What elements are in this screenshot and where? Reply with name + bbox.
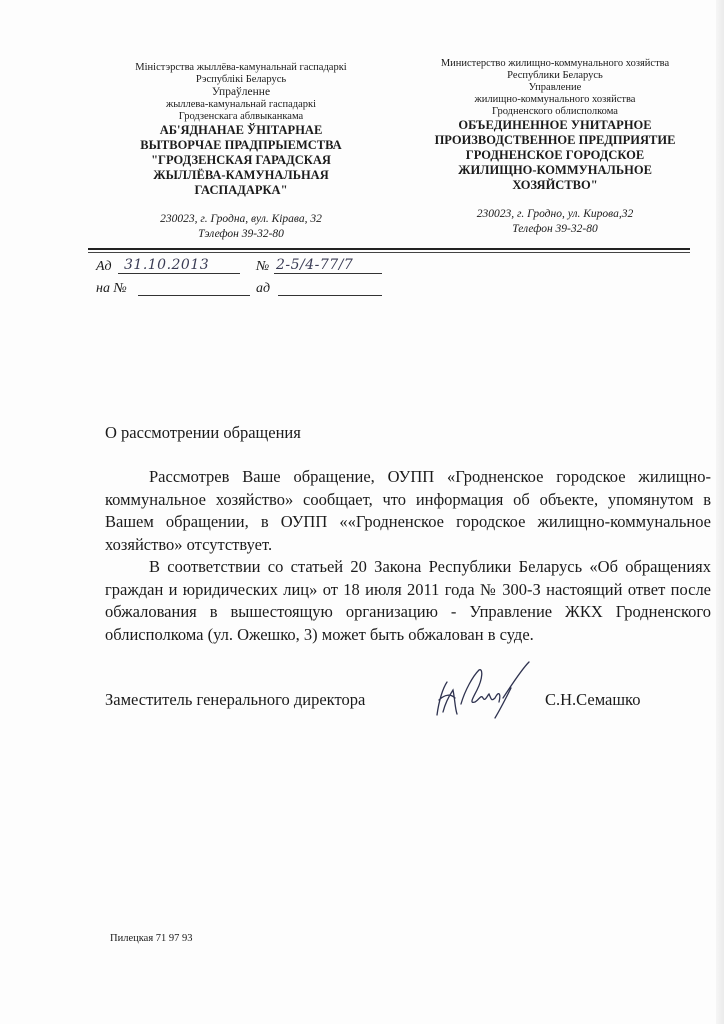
ref-date-field-line xyxy=(278,278,382,296)
letterhead: Міністэрства жыллёва-камунальнай гаспада… xyxy=(0,58,724,248)
letterhead-belarusian: Міністэрства жыллёва-камунальнай гаспада… xyxy=(118,62,364,242)
registration-block: Ад 31.10.2013 № 2-5/4-77/7 на № ад xyxy=(96,256,396,300)
letterhead-divider-thin xyxy=(88,252,690,253)
ministry-line: Министерство жилищно-коммунального хозяй… xyxy=(410,58,700,70)
address-line: 230023, г. Гродно, ул. Кирова,32 xyxy=(410,207,700,222)
department-line: жилищно-коммунального хозяйства xyxy=(410,94,700,106)
number-value: 2-5/4-77/7 xyxy=(276,254,353,276)
ref-date-label: ад xyxy=(256,278,270,300)
department-line: Гродзенскага аблвыканкама xyxy=(118,111,364,123)
org-name-line: ВЫТВОРЧАЕ ПРАДПРЫЕМСТВА xyxy=(118,138,364,153)
phone-line: Телефон 39-32-80 xyxy=(410,222,700,237)
body-paragraph: Рассмотрев Ваше обращение, ОУПП «Гроднен… xyxy=(105,466,711,556)
handwritten-signature-icon xyxy=(425,660,535,720)
org-name-line: ХОЗЯЙСТВО" xyxy=(410,178,700,193)
signatory-name: С.Н.Семашко xyxy=(545,690,641,710)
department-line: Упраўленне xyxy=(118,86,364,99)
org-address: 230023, г. Гродно, ул. Кирова,32 Телефон… xyxy=(410,207,700,237)
phone-line: Тэлефон 39-32-80 xyxy=(118,227,364,242)
executor-contact: Пилецкая 71 97 93 xyxy=(110,933,193,944)
org-name-line: АБ'ЯДНАНАЕ ЎНІТАРНАЕ xyxy=(118,123,364,138)
org-name-line: ЖИЛИЩНО-КОММУНАЛЬНОЕ xyxy=(410,163,700,178)
signatory-title: Заместитель генерального директора xyxy=(105,690,365,710)
ref-label: на № xyxy=(96,278,127,300)
registration-row-reference: на № ад xyxy=(96,278,396,300)
org-address: 230023, г. Гродна, вул. Кірава, 32 Тэлеф… xyxy=(118,212,364,242)
date-value: 31.10.2013 xyxy=(124,254,209,276)
address-line: 230023, г. Гродна, вул. Кірава, 32 xyxy=(118,212,364,227)
registration-row-outgoing: Ад 31.10.2013 № 2-5/4-77/7 xyxy=(96,256,396,278)
ministry-line: Республики Беларусь xyxy=(410,70,700,82)
org-name-line: ГРОДНЕНСКОЕ ГОРОДСКОЕ xyxy=(410,148,700,163)
number-label: № xyxy=(256,256,269,278)
letterhead-divider xyxy=(88,248,690,250)
department-line: жыллева-камунальнай гаспадаркі xyxy=(118,99,364,111)
department-line: Управление xyxy=(410,82,700,94)
date-label: Ад xyxy=(96,256,112,278)
org-name-line: ОБЪЕДИНЕННОЕ УНИТАРНОЕ xyxy=(410,118,700,133)
org-name-line: ПРОИЗВОДСТВЕННОЕ ПРЕДПРИЯТИЕ xyxy=(410,133,700,148)
signature-block: Заместитель генерального директора С.Н.С… xyxy=(105,690,705,730)
ministry-line: Рэспублікі Беларусь xyxy=(118,74,364,86)
department-line: Гродненского облисполкома xyxy=(410,106,700,118)
ministry-line: Міністэрства жыллёва-камунальнай гаспада… xyxy=(118,62,364,74)
body-paragraph: В соответствии со статьей 20 Закона Респ… xyxy=(105,556,711,646)
org-name-line: "ГРОДЗЕНСКАЯ ГАРАДСКАЯ xyxy=(118,153,364,168)
letterhead-russian: Министерство жилищно-коммунального хозяй… xyxy=(410,58,700,237)
org-name-line: ГАСПАДАРКА" xyxy=(118,183,364,198)
ref-field-line xyxy=(138,278,250,296)
letter-subject: О рассмотрении обращения xyxy=(105,423,301,443)
letter-body: Рассмотрев Ваше обращение, ОУПП «Гроднен… xyxy=(105,466,711,646)
org-name-line: ЖЫЛЛЁВА-КАМУНАЛЬНАЯ xyxy=(118,168,364,183)
